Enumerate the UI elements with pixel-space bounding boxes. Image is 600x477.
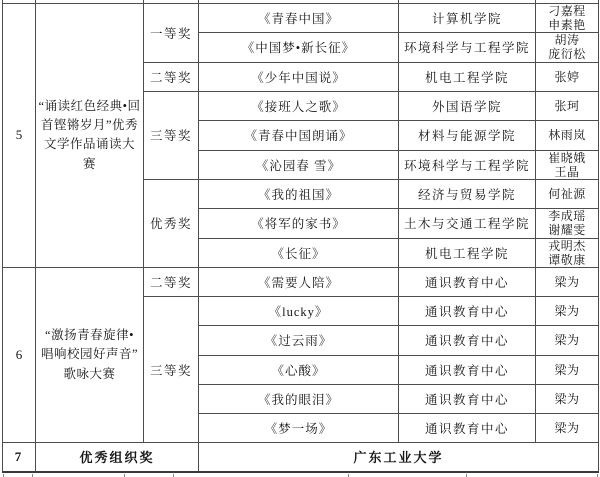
work-title-cell: 《梦一场》: [199, 413, 399, 442]
row-number-cell: 5: [3, 4, 36, 268]
winner-names-cell: 何祉源: [536, 179, 599, 208]
work-title-cell: 《中国梦•新长征》: [199, 33, 399, 62]
work-title-cell: 《需要人陪》: [199, 267, 399, 296]
work-title-cell: 《接班人之歌》: [199, 91, 399, 120]
winner-names-cell: 戎明杰 谭敬康: [536, 238, 599, 267]
table-row-organization-award: 7 优秀组织奖 广东工业大学: [3, 443, 599, 472]
work-title-cell: 《lucky》: [199, 297, 399, 326]
work-title-cell: 《长征》: [199, 238, 399, 267]
table-row: 6 “激扬青春旋律• 唱响校园好声音” 歌咏大赛 二等奖 《需要人陪》 通识教育…: [3, 267, 599, 296]
college-cell: 通识教育中心: [399, 297, 536, 326]
college-cell: 通识教育中心: [399, 326, 536, 355]
winner-names-cell: 梁为: [536, 267, 599, 296]
winner-names-cell: 胡涛 庞衍松: [536, 33, 599, 62]
row-number-cell: 6: [3, 267, 36, 442]
winner-names-cell: 崔晓娥 王晶: [536, 150, 599, 179]
college-cell: 环境科学与工程学院: [399, 33, 536, 62]
work-title-cell: 《我的祖国》: [199, 179, 399, 208]
work-title-cell: 《我的眼泪》: [199, 384, 399, 413]
competition-name-cell: “诵读红色经典•回 首铿锵岁月”优秀 文学作品诵读大赛: [36, 4, 144, 268]
college-cell: 通识教育中心: [399, 355, 536, 384]
college-cell: 土木与交通工程学院: [399, 209, 536, 238]
award-level-cell: 三等奖: [144, 297, 199, 443]
college-cell: 通识教育中心: [399, 384, 536, 413]
row-number-cell: 7: [3, 443, 36, 472]
winner-names-cell: 李成瑶 谢耀雯: [536, 209, 599, 238]
winner-names-cell: 梁为: [536, 326, 599, 355]
college-cell: 外国语学院: [399, 91, 536, 120]
winner-names-cell: 林雨岚: [536, 121, 599, 150]
work-title-cell: 《沁园春 雪》: [199, 150, 399, 179]
college-cell: 计算机学院: [399, 4, 536, 33]
college-cell: 机电工程学院: [399, 238, 536, 267]
award-level-cell: 三等奖: [144, 91, 199, 179]
work-title-cell: 《青春中国朗诵》: [199, 121, 399, 150]
table-row: 5 “诵读红色经典•回 首铿锵岁月”优秀 文学作品诵读大赛 一等奖 《青春中国》…: [3, 4, 599, 33]
winner-names-cell: 梁为: [536, 413, 599, 442]
work-title-cell: 《心酸》: [199, 355, 399, 384]
competition-name-cell: “激扬青春旋律• 唱响校园好声音” 歌咏大赛: [36, 267, 144, 442]
award-level-cell: 二等奖: [144, 267, 199, 296]
winner-names-cell: 张婷: [536, 62, 599, 91]
work-title-cell: 《青春中国》: [199, 4, 399, 33]
college-cell: 经济与贸易学院: [399, 179, 536, 208]
awards-table: 5 “诵读红色经典•回 首铿锵岁月”优秀 文学作品诵读大赛 一等奖 《青春中国》…: [2, 0, 599, 473]
work-title-cell: 《将军的家书》: [199, 209, 399, 238]
award-level-cell: 二等奖: [144, 62, 199, 91]
college-cell: 通识教育中心: [399, 267, 536, 296]
college-cell: 机电工程学院: [399, 62, 536, 91]
college-cell: 环境科学与工程学院: [399, 150, 536, 179]
winner-names-cell: 张珂: [536, 91, 599, 120]
work-title-cell: 《少年中国说》: [199, 62, 399, 91]
award-level-cell: 优秀奖: [144, 179, 199, 267]
organization-award-cell: 优秀组织奖: [36, 443, 199, 472]
organization-name-cell: 广东工业大学: [199, 443, 599, 472]
winner-names-cell: 梁为: [536, 384, 599, 413]
award-list-page: 5 “诵读红色经典•回 首铿锵岁月”优秀 文学作品诵读大赛 一等奖 《青春中国》…: [0, 0, 600, 477]
winner-names-cell: 梁为: [536, 297, 599, 326]
award-level-cell: 一等奖: [144, 4, 199, 63]
college-cell: 材料与能源学院: [399, 121, 536, 150]
college-cell: 通识教育中心: [399, 413, 536, 442]
work-title-cell: 《过云雨》: [199, 326, 399, 355]
winner-names-cell: 刁嘉程 申素艳: [536, 4, 599, 33]
winner-names-cell: 梁为: [536, 355, 599, 384]
